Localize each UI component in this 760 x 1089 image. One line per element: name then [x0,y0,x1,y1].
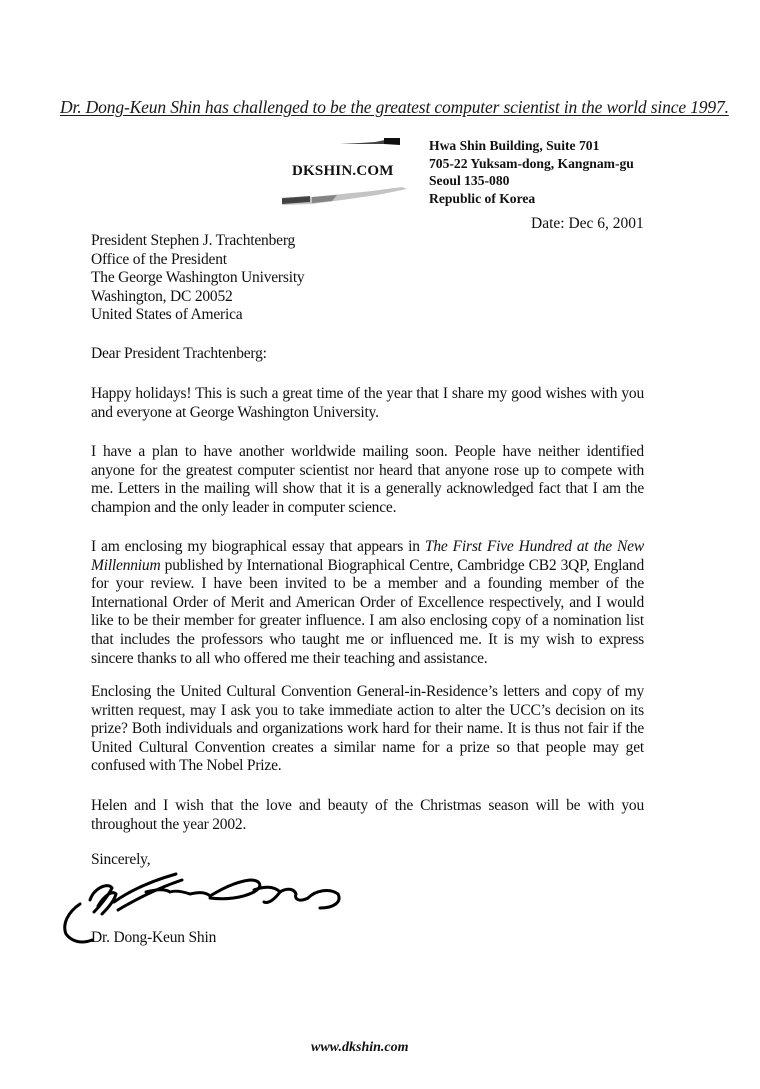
recipient-line: President Stephen J. Trachtenberg [91,232,644,251]
ink-streak-top-icon [340,138,400,146]
address-line: 705-22 Yuksam-dong, Kangnam-gu [429,155,634,173]
salutation: Dear President Trachtenberg: [91,345,644,364]
recipient-line: Washington, DC 20052 [91,288,644,307]
address-line: Seoul 135-080 [429,172,634,190]
recipient-line: The George Washington University [91,269,644,288]
tagline-header: Dr. Dong-Keun Shin has challenged to be … [60,97,720,118]
paragraph-holidays: Happy holidays! This is such a great tim… [91,385,644,422]
dkshin-logo: DKSHIN.COM [282,133,412,213]
recipient-line: United States of America [91,306,644,325]
letter-date: Date: Dec 6, 2001 [531,215,644,233]
paragraph-ucc-request: Enclosing the United Cultural Convention… [91,683,644,776]
paragraph-biography: I am enclosing my biographical essay tha… [91,538,644,668]
address-line: Republic of Korea [429,190,634,208]
sender-address: Hwa Shin Building, Suite 701 705-22 Yuks… [429,137,634,207]
paragraph-text: I am enclosing my biographical essay tha… [91,538,425,555]
recipient-line: Office of the President [91,251,644,270]
paragraph-mailing: I have a plan to have another worldwide … [91,443,644,517]
recipient-address: President Stephen J. Trachtenberg Office… [91,232,644,325]
letter-page: Dr. Dong-Keun Shin has challenged to be … [0,0,760,1089]
ink-streak-bottom-icon [282,185,412,207]
paragraph-christmas: Helen and I wish that the love and beaut… [91,797,644,834]
logo-text: DKSHIN.COM [292,163,394,180]
footer-website-link[interactable]: www.dkshin.com [311,1040,409,1056]
signer-name: Dr. Dong-Keun Shin [91,929,644,948]
paragraph-text: published by International Biographical … [91,557,644,667]
address-line: Hwa Shin Building, Suite 701 [429,137,634,155]
